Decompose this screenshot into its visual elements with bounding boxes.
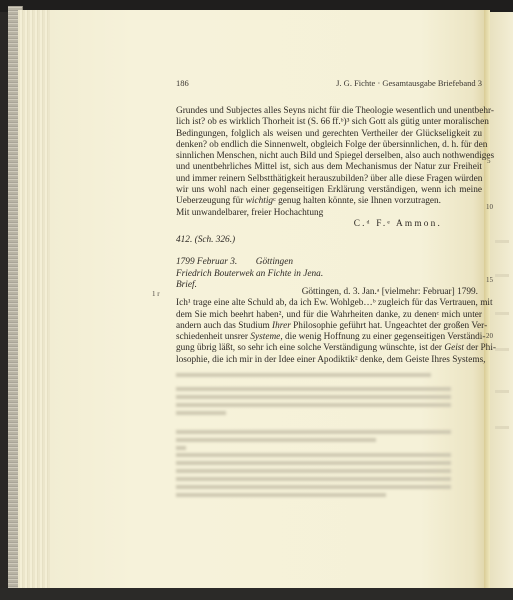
letter-body: Göttingen, d. 3. Jan.ᵃ [vielmehr: Februa… bbox=[176, 287, 482, 366]
text-line: lich ist? ob es wirklich Thorheit ist (S… bbox=[176, 117, 482, 128]
footnotes-apparatus-4 bbox=[176, 453, 482, 501]
facing-page-edge bbox=[490, 12, 513, 600]
running-head: J. G. Fichte · Gesamtausgabe Briefeband … bbox=[336, 78, 482, 88]
letter-correspondents: Friedrich Bouterwek an Fichte in Jena. bbox=[176, 269, 482, 280]
closing-line: Mit unwandelbarer, freier Hochachtung bbox=[176, 208, 482, 219]
letter-header: 412. (Sch. 326.) 1799 Februar 3. Götting… bbox=[176, 235, 482, 291]
line-number-5: 5 bbox=[487, 157, 491, 165]
text-line: Grundes und Subjectes alles Seyns nicht … bbox=[176, 106, 482, 117]
top-paragraph: Grundes und Subjectes alles Seyns nicht … bbox=[176, 106, 482, 230]
page-stack-edge bbox=[18, 10, 54, 600]
text-line: und immer reinern Selbstthätigkeit herau… bbox=[176, 174, 482, 185]
text-line: andern auch das Studium Ihrer Philosophi… bbox=[176, 321, 482, 332]
text-line: gung übrig läßt, so sehr ich eine solche… bbox=[176, 343, 482, 354]
text-line: dem Sie mich beehrt haben², und für die … bbox=[176, 310, 482, 321]
footnotes-apparatus-2 bbox=[176, 387, 482, 419]
page-number: 186 bbox=[176, 78, 189, 88]
text-line: sinnlichen Menschen, nicht auch Bild und… bbox=[176, 151, 482, 162]
line-number-10: 10 bbox=[486, 203, 493, 211]
text-line: Bedingungen, folglich als weisen und ger… bbox=[176, 129, 482, 140]
line-number-20: 20 bbox=[486, 332, 493, 340]
text-line: Ueberzeugung für wichtigc genug halten k… bbox=[176, 196, 482, 207]
folio-marker: 1 r bbox=[152, 290, 160, 298]
text-line: Ich¹ trage eine alte Schuld ab, da ich E… bbox=[176, 298, 482, 309]
signature: C.ᵈ F.ᵉ Ammon. bbox=[176, 219, 482, 230]
text-line: denken? ob endlich die Sinnenwelt, obgle… bbox=[176, 140, 482, 151]
text-line: wir uns wohl nach einer gegenseitigen Er… bbox=[176, 185, 482, 196]
footnotes-apparatus-1 bbox=[176, 373, 482, 381]
letter-number: 412. (Sch. 326.) bbox=[176, 235, 482, 246]
text-line: und unentbehrliches Mittel ist, sich aus… bbox=[176, 162, 482, 173]
text-line: losophie, die ich mir in der Idee einer … bbox=[176, 355, 482, 366]
footnotes-apparatus-3 bbox=[176, 430, 482, 454]
line-number-15: 15 bbox=[486, 276, 493, 284]
text-line: schiedenheit unsrer Systeme, die wenig H… bbox=[176, 332, 482, 343]
background-bottom bbox=[0, 588, 513, 600]
letter-date-place: 1799 Februar 3. Göttingen bbox=[176, 257, 482, 268]
letter-dateline: Göttingen, d. 3. Jan.ᵃ [vielmehr: Februa… bbox=[176, 287, 478, 298]
